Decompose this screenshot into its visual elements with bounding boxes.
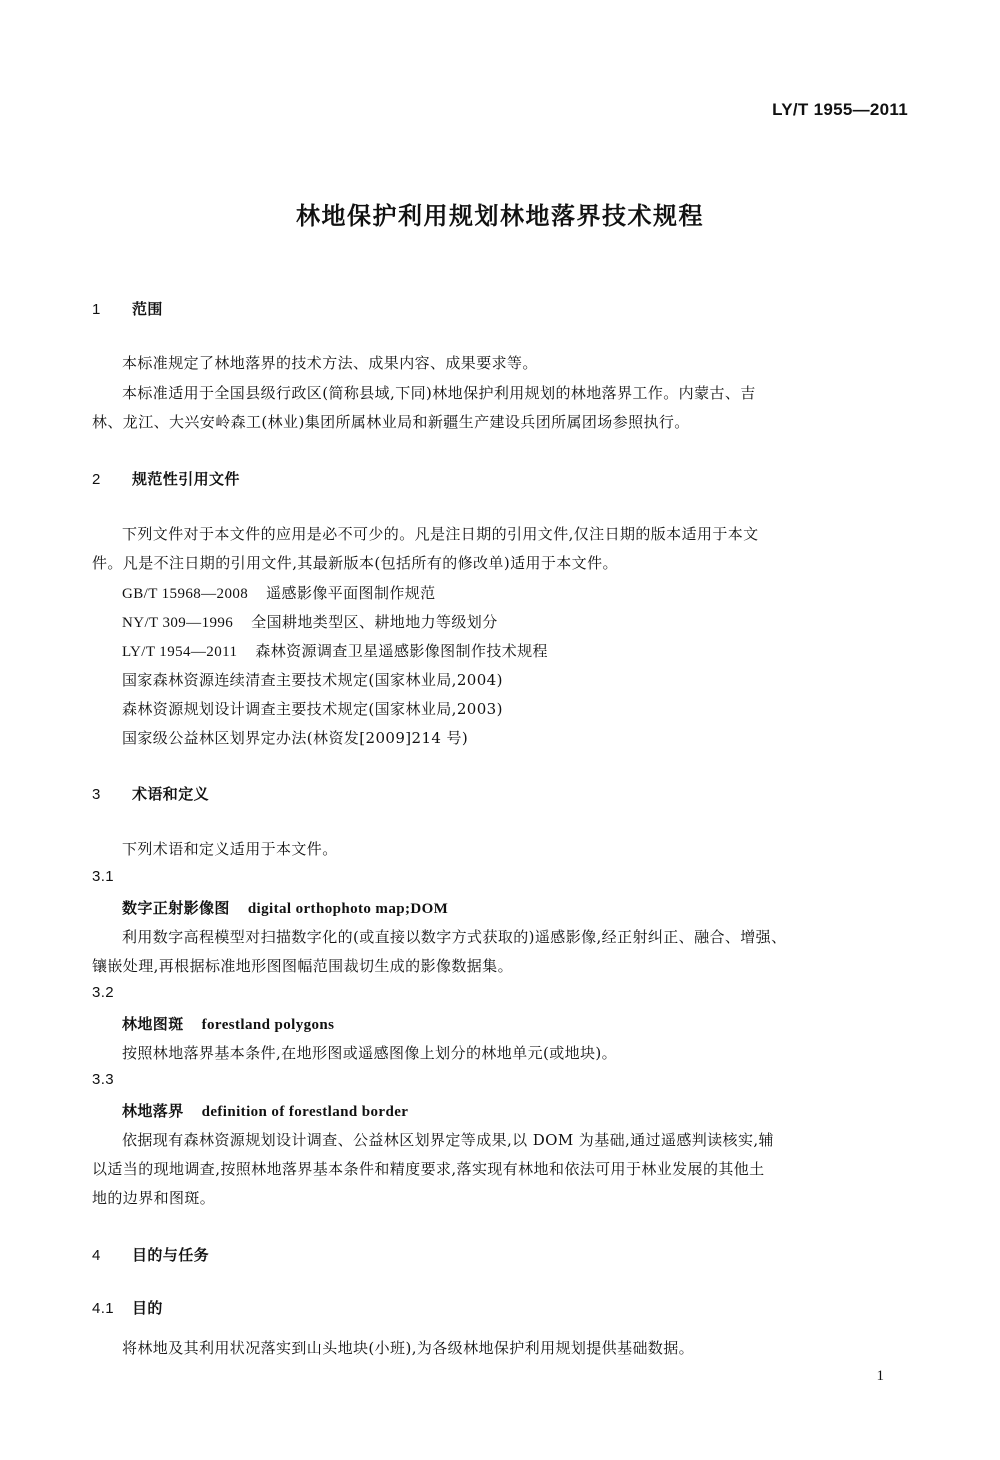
term-zh: 数字正射影像图 bbox=[122, 899, 230, 917]
term-en: forestland polygons bbox=[202, 1017, 335, 1033]
term-en: digital orthophoto map;DOM bbox=[248, 901, 448, 917]
reference-code: NY/T 309—1996 bbox=[122, 615, 233, 632]
page-number: 1 bbox=[877, 1368, 885, 1385]
reference-item: NY/T 309—1996全国耕地类型区、耕地地力等级划分 bbox=[122, 611, 498, 632]
term-number: 3.2 bbox=[92, 984, 114, 1001]
section-title: 术语和定义 bbox=[132, 785, 209, 803]
term-definition: 利用数字高程模型对扫描数字化的(或直接以数字方式获取的)遥感影像,经正射纠正、融… bbox=[122, 926, 786, 947]
term-number: 3.3 bbox=[92, 1071, 114, 1088]
section-number: 3 bbox=[92, 786, 132, 803]
term-zh: 林地落界 bbox=[122, 1102, 184, 1120]
term-zh: 林地图斑 bbox=[122, 1015, 184, 1033]
section-2-heading: 2规范性引用文件 bbox=[92, 468, 240, 489]
subsection-title: 目的 bbox=[132, 1299, 163, 1317]
reference-title: 全国耕地类型区、耕地地力等级划分 bbox=[251, 613, 497, 631]
term-number: 3.1 bbox=[92, 868, 114, 885]
reference-title: 森林资源调查卫星遥感影像图制作技术规程 bbox=[255, 642, 548, 660]
document-page: LY/T 1955—2011 林地保护利用规划林地落界技术规程 1范围 本标准规… bbox=[0, 0, 1000, 1460]
document-title: 林地保护利用规划林地落界技术规程 bbox=[0, 196, 1000, 231]
section-number: 1 bbox=[92, 301, 132, 318]
section-number: 2 bbox=[92, 471, 132, 488]
paragraph: 件。凡是不注日期的引用文件,其最新版本(包括所有的修改单)适用于本文件。 bbox=[92, 552, 618, 573]
paragraph: 本标准规定了林地落界的技术方法、成果内容、成果要求等。 bbox=[122, 352, 538, 373]
reference-item: GB/T 15968—2008遥感影像平面图制作规范 bbox=[122, 582, 436, 603]
term-definition: 按照林地落界基本条件,在地形图或遥感图像上划分的林地单元(或地块)。 bbox=[122, 1042, 617, 1063]
reference-code: LY/T 1954—2011 bbox=[122, 644, 237, 661]
term-definition: 镶嵌处理,再根据标准地形图图幅范围裁切生成的影像数据集。 bbox=[92, 955, 513, 976]
section-3-heading: 3术语和定义 bbox=[92, 783, 209, 804]
section-4-heading: 4目的与任务 bbox=[92, 1244, 209, 1265]
subsection-number: 4.1 bbox=[92, 1300, 132, 1317]
term-definition: 依据现有森林资源规划设计调查、公益林区划界定等成果,以 DOM 为基础,通过遥感… bbox=[122, 1129, 774, 1150]
paragraph: 林、龙江、大兴安岭森工(林业)集团所属林业局和新疆生产建设兵团所属团场参照执行。 bbox=[92, 411, 690, 432]
term-definition: 地的边界和图斑。 bbox=[92, 1187, 215, 1208]
paragraph: 下列文件对于本文件的应用是必不可少的。凡是注日期的引用文件,仅注日期的版本适用于… bbox=[122, 523, 759, 544]
reference-item: 国家级公益林区划界定办法(林资发[2009]214 号) bbox=[122, 727, 468, 748]
section-title: 范围 bbox=[132, 300, 163, 318]
paragraph: 本标准适用于全国县级行政区(简称县域,下同)林地保护利用规划的林地落界工作。内蒙… bbox=[122, 382, 756, 403]
reference-title: 遥感影像平面图制作规范 bbox=[266, 584, 435, 602]
term-heading: 林地落界definition of forestland border bbox=[122, 1100, 408, 1121]
subsection-4-1-heading: 4.1目的 bbox=[92, 1297, 163, 1318]
term-heading: 数字正射影像图digital orthophoto map;DOM bbox=[122, 897, 448, 918]
reference-item: 森林资源规划设计调查主要技术规定(国家林业局,2003) bbox=[122, 698, 503, 719]
section-number: 4 bbox=[92, 1247, 132, 1264]
paragraph: 下列术语和定义适用于本文件。 bbox=[122, 838, 338, 859]
reference-code: GB/T 15968—2008 bbox=[122, 586, 248, 603]
reference-item: LY/T 1954—2011森林资源调查卫星遥感影像图制作技术规程 bbox=[122, 640, 548, 661]
paragraph: 将林地及其利用状况落实到山头地块(小班),为各级林地保护利用规划提供基础数据。 bbox=[122, 1337, 694, 1358]
term-heading: 林地图斑forestland polygons bbox=[122, 1013, 334, 1034]
term-en: definition of forestland border bbox=[202, 1104, 409, 1120]
reference-item: 国家森林资源连续清查主要技术规定(国家林业局,2004) bbox=[122, 669, 503, 690]
section-1-heading: 1范围 bbox=[92, 298, 163, 319]
section-title: 规范性引用文件 bbox=[132, 470, 240, 488]
standard-code: LY/T 1955—2011 bbox=[772, 100, 908, 120]
term-definition: 以适当的现地调查,按照林地落界基本条件和精度要求,落实现有林地和依法可用于林业发… bbox=[92, 1158, 765, 1179]
section-title: 目的与任务 bbox=[132, 1246, 209, 1264]
